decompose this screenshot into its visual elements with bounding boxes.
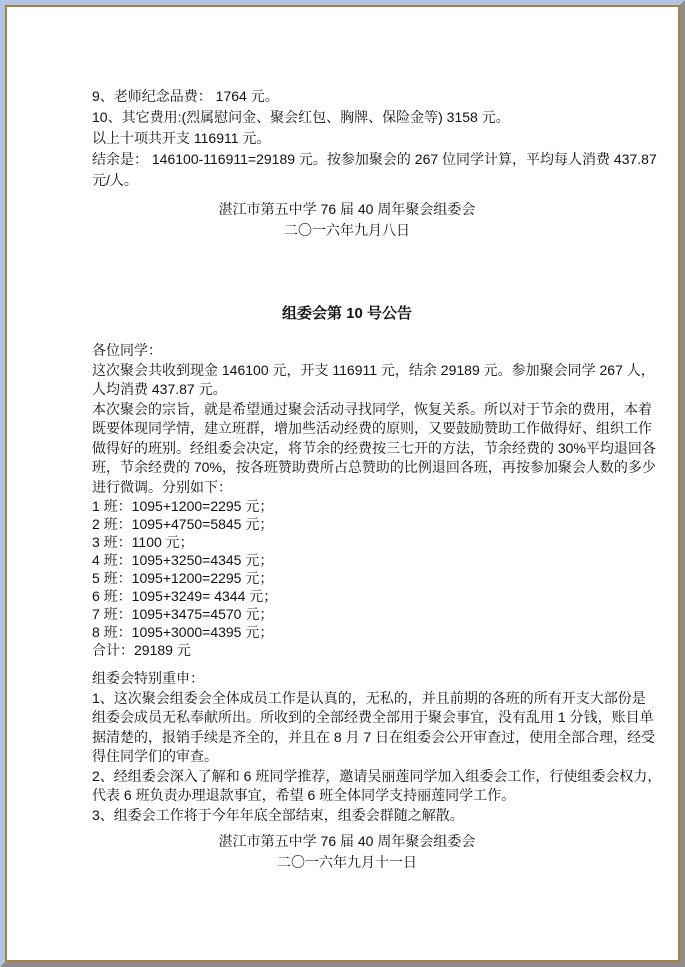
- salutation-line: 各位同学：: [92, 341, 602, 361]
- expense-summary-line: 以上十项共开支 116911 元。: [92, 128, 602, 149]
- page-frame: 9、老师纪念品费： 1764 元。10、其它费用:(烈属慰问金、聚会红包、胸牌、…: [0, 0, 685, 967]
- restatement-line: 2、经组委会深入了解和 6 班同学推荐，邀请吴丽莲同学加入组委会工作，行使组委会…: [92, 767, 602, 787]
- restatement-line: 1、这次聚会组委会全体成员工作是认真的，无私的，并且前期的各班的所有开支大部份是: [92, 689, 602, 709]
- purpose-line: 既要体现同学情，建立班群，增加些活动经费的原则，又要鼓励赞助工作做得好、组织工作: [92, 419, 602, 439]
- expense-summary-paragraph: 9、老师纪念品费： 1764 元。10、其它费用:(烈属慰问金、聚会红包、胸牌、…: [92, 86, 602, 191]
- expense-summary-line: 结余是： 146100-116911=29189 元。按参加聚会的 267 位同…: [92, 149, 602, 170]
- signature-org: 湛江市第五中学 76 届 40 周年聚会组委会: [92, 199, 602, 220]
- expense-summary-line: 10、其它费用:(烈属慰问金、聚会红包、胸牌、保险金等) 3158 元。: [92, 107, 602, 128]
- purpose-line: 班，节余经费的 70%，按各班赞助费所占总赞助的比例退回各班，再按参加聚会人数的…: [92, 458, 602, 478]
- purpose-line: 做得好的班别。经组委会决定，将节余的经费按三七开的方法，节余经费的 30%平均退…: [92, 439, 602, 459]
- funds-summary-paragraph: 这次聚会共收到现金 146100 元，开支 116911 元，结余 29189 …: [92, 361, 602, 400]
- restatement-heading: 组委会特别重申：: [92, 669, 602, 689]
- funds-summary-line: 这次聚会共收到现金 146100 元，开支 116911 元，结余 29189 …: [92, 361, 602, 381]
- restatement-line: 3、组委会工作将于今年年底全部结束，组委会群随之解散。: [92, 806, 602, 826]
- signature-block-first: 湛江市第五中学 76 届 40 周年聚会组委会 二〇一六年九月八日: [92, 199, 602, 241]
- allocation-line: 4 班：1095+3250=4345 元；: [92, 551, 602, 569]
- signature-block-second: 湛江市第五中学 76 届 40 周年聚会组委会 二〇一六年九月十一日: [92, 831, 602, 873]
- allocation-line: 7 班：1095+3475=4570 元；: [92, 605, 602, 623]
- allocation-line: 2 班：1095+4750=5845 元；: [92, 515, 602, 533]
- document-content: 9、老师纪念品费： 1764 元。10、其它费用:(烈属慰问金、聚会红包、胸牌、…: [7, 7, 678, 873]
- purpose-line: 进行微调。分别如下：: [92, 478, 602, 498]
- allocation-line: 5 班：1095+1200=2295 元；: [92, 569, 602, 587]
- purpose-paragraph: 本次聚会的宗旨，就是希望通过聚会活动寻找同学，恢复关系。所以对于节余的费用，本着…: [92, 400, 602, 498]
- signature-org: 湛江市第五中学 76 届 40 周年聚会组委会: [92, 831, 602, 852]
- allocation-line: 8 班：1095+3000=4395 元；: [92, 623, 602, 641]
- allocation-list: 1 班：1095+1200=2295 元；2 班：1095+4750=5845 …: [92, 497, 602, 659]
- restatement-line: 得住同学们的审查。: [92, 747, 602, 767]
- expense-summary-line: 元/人。: [92, 170, 602, 191]
- allocation-line: 3 班：1100 元；: [92, 533, 602, 551]
- allocation-line: 合计：29189 元: [92, 641, 602, 659]
- allocation-line: 6 班：1095+3249= 4344 元；: [92, 587, 602, 605]
- purpose-line: 本次聚会的宗旨，就是希望通过聚会活动寻找同学，恢复关系。所以对于节余的费用，本着: [92, 400, 602, 420]
- restatement-line: 据清楚的，报销手续是齐全的，并且在 8 月 7 日在组委会公开审查过，使用全部合…: [92, 728, 602, 748]
- allocation-line: 1 班：1095+1200=2295 元；: [92, 497, 602, 515]
- document-page: 9、老师纪念品费： 1764 元。10、其它费用:(烈属慰问金、聚会红包、胸牌、…: [5, 5, 680, 962]
- restatement-paragraphs: 1、这次聚会组委会全体成员工作是认真的，无私的，并且前期的各班的所有开支大部份是…: [92, 689, 602, 826]
- funds-summary-line: 人均消费 437.87 元。: [92, 380, 602, 400]
- restatement-line: 代表 6 班负责办理退款事宜，希望 6 班全体同学支持丽莲同学工作。: [92, 786, 602, 806]
- expense-summary-line: 9、老师纪念品费： 1764 元。: [92, 86, 602, 107]
- signature-date: 二〇一六年九月十一日: [92, 852, 602, 873]
- signature-date: 二〇一六年九月八日: [92, 220, 602, 241]
- announcement-title: 组委会第 10 号公告: [92, 303, 602, 324]
- restatement-line: 组委会成员无私奉献所出。所收到的全部经费全部用于聚会事宜，没有乱用 1 分钱，账…: [92, 708, 602, 728]
